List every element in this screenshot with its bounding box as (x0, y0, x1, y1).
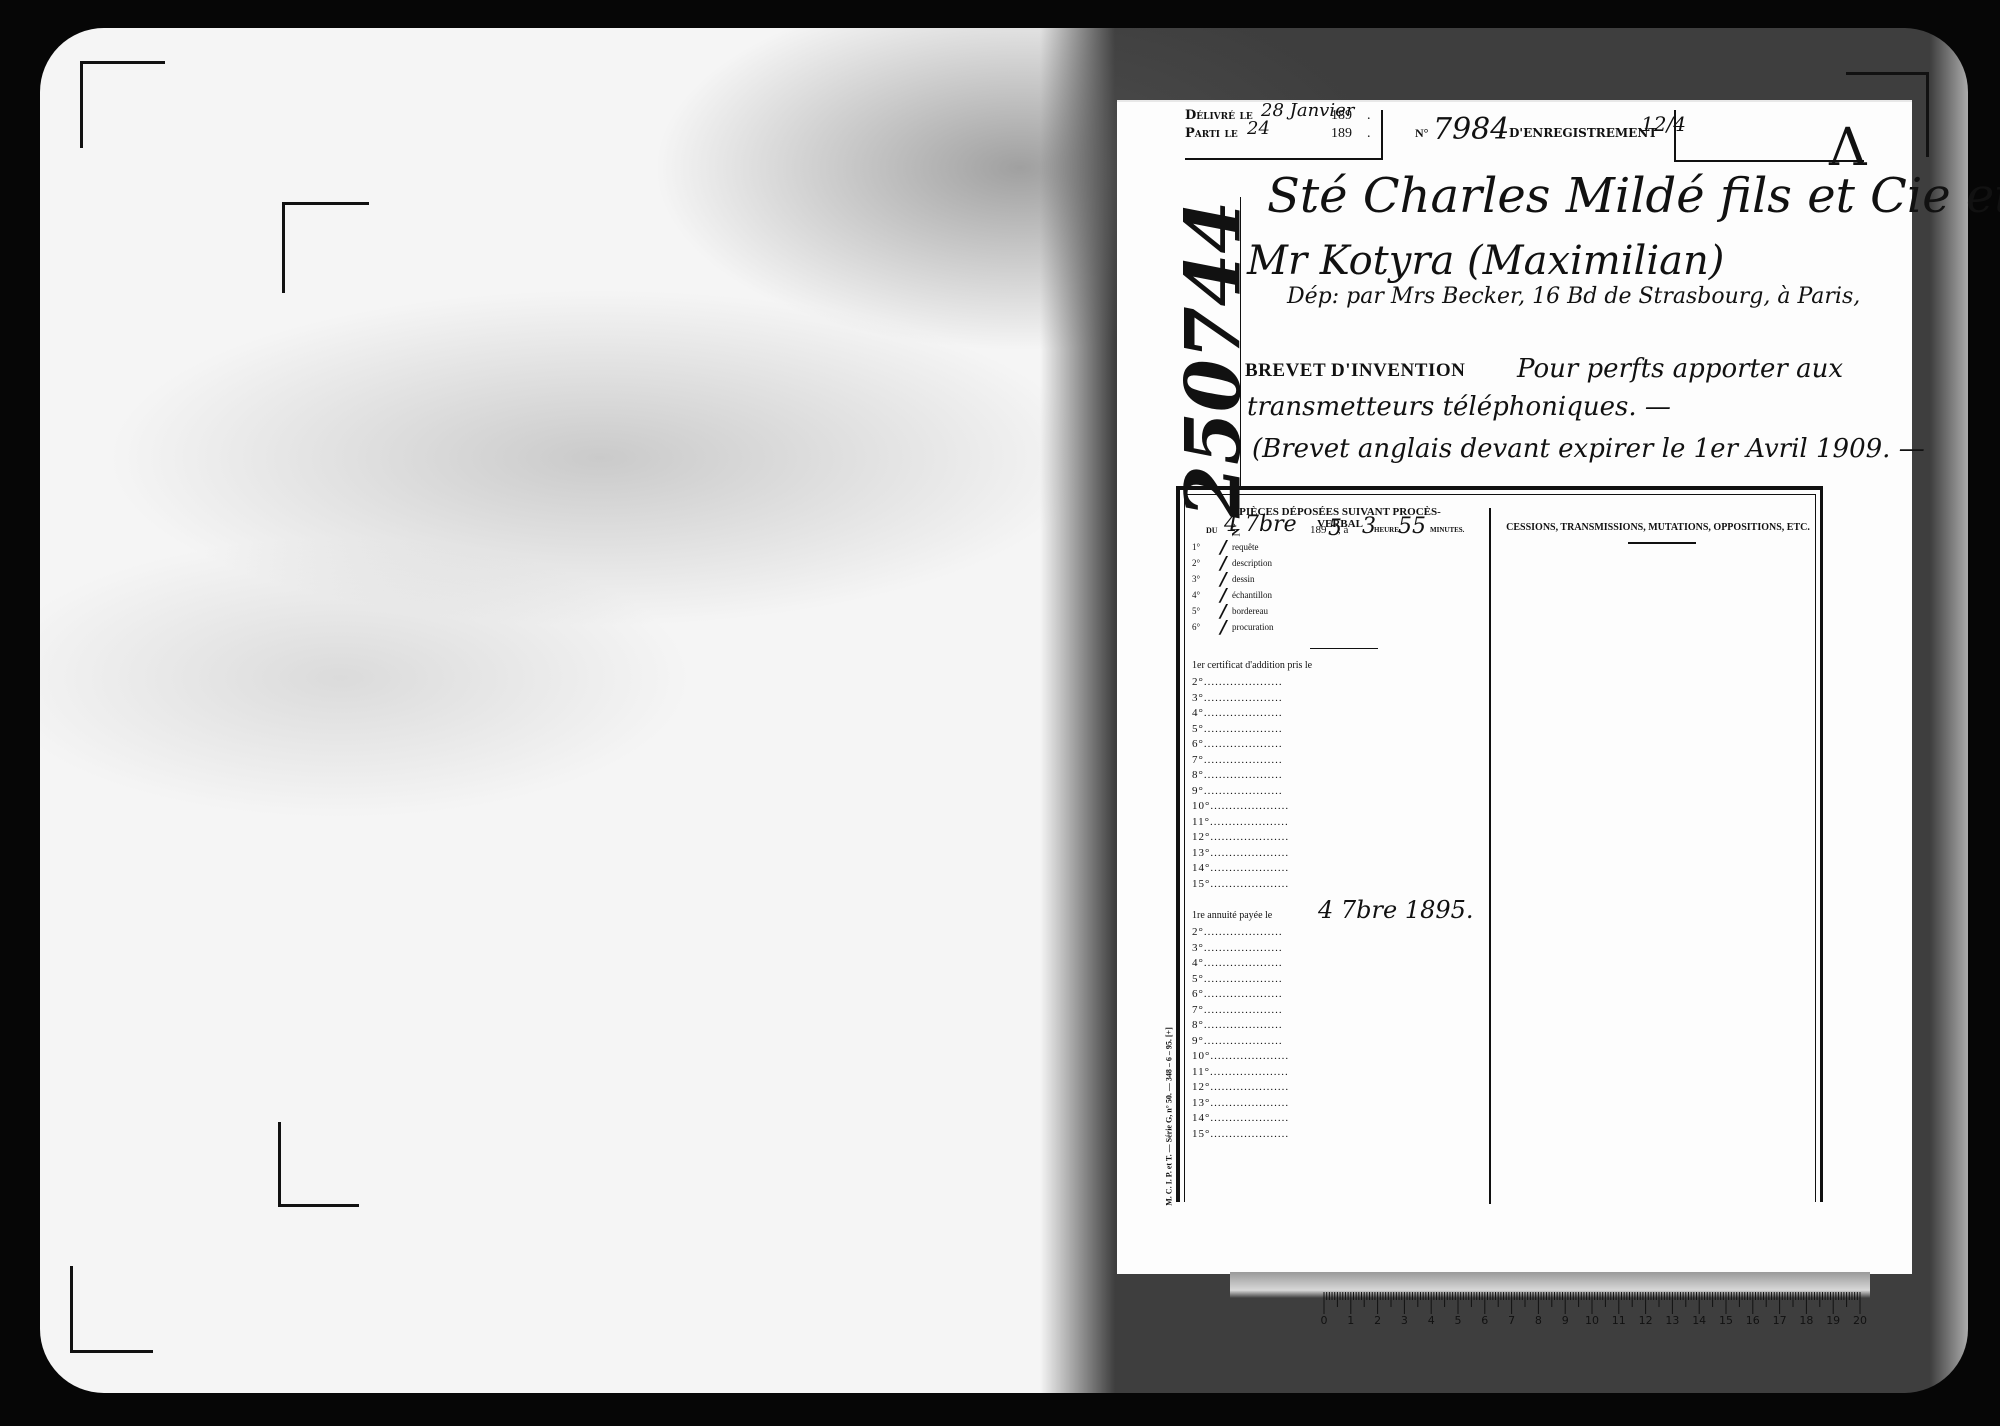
ruler-label: 0 (1316, 1314, 1332, 1327)
ruler-label: 6 (1477, 1314, 1493, 1327)
cessions-header: CESSIONS, TRANSMISSIONS, MUTATIONS, OPPO… (1498, 522, 1818, 533)
piece-number: 2° (1192, 558, 1200, 568)
ruler-label: 4 (1423, 1314, 1439, 1327)
ruler-label: 18 (1798, 1314, 1814, 1327)
cessions-separator (1628, 542, 1696, 544)
ruler-label: 7 (1504, 1314, 1520, 1327)
piece-label: description (1232, 558, 1272, 568)
certificat-row: 6°..................... (1192, 738, 1283, 750)
pieces-separator (1310, 648, 1378, 649)
title-line-1: Pour perfts apporter aux (1517, 354, 1843, 384)
certificat-row: 11°..................... (1192, 816, 1289, 828)
ruler-label: 17 (1772, 1314, 1788, 1327)
annuite-row: 5°..................... (1192, 973, 1283, 985)
corner-bracket-top-left (80, 61, 165, 148)
title-line-2: transmetteurs téléphoniques. — (1247, 392, 1671, 422)
applicant-line-1: Sté Charles Mildé fils et Cie et (1267, 168, 2000, 224)
minutes-value: 55 (1398, 514, 1426, 539)
corner-bracket-bottom-left (70, 1266, 153, 1353)
piece-label: procuration (1232, 622, 1273, 632)
annuite-row: 12°..................... (1192, 1081, 1289, 1093)
delivre-year: 189 (1331, 108, 1352, 124)
ruler-label: 19 (1825, 1314, 1841, 1327)
brevet-label: BREVET D'INVENTION (1245, 360, 1465, 382)
ruler-label: 14 (1691, 1314, 1707, 1327)
ruler-label: 1 (1343, 1314, 1359, 1327)
piece-label: dessin (1232, 574, 1255, 584)
du-label: DU (1206, 526, 1218, 535)
deposit-line: Dép: par Mrs Becker, 16 Bd de Strasbourg… (1287, 284, 1860, 309)
annuite-row: 13°..................... (1192, 1097, 1289, 1109)
certificat-first: 1er certificat d'addition pris le (1192, 660, 1312, 671)
certificat-row: 5°..................... (1192, 723, 1283, 735)
piece-number: 6° (1192, 622, 1200, 632)
ruler-label: 3 (1396, 1314, 1412, 1327)
delivre-dot: . (1367, 108, 1371, 124)
certificat-row: 10°..................... (1192, 800, 1289, 812)
piece-number: 1° (1192, 542, 1200, 552)
annuite-first: 1re annuité payée le (1192, 910, 1272, 921)
certificat-row: 13°..................... (1192, 847, 1289, 859)
certificat-row: 8°..................... (1192, 769, 1283, 781)
piece-label: bordereau (1232, 606, 1268, 616)
piece-number: 3° (1192, 574, 1200, 584)
annuite-value: 4 7bre 1895. (1318, 896, 1474, 924)
a-label: , à (1338, 524, 1348, 536)
piece-label: échantillon (1232, 590, 1272, 600)
piece-number: 4° (1192, 590, 1200, 600)
ruler-label: 8 (1530, 1314, 1546, 1327)
numero-label: N° (1415, 126, 1428, 141)
certificat-row: 14°..................... (1192, 862, 1289, 874)
piece-number: 5° (1192, 606, 1200, 616)
du-value: 4 7bre (1224, 512, 1297, 537)
ruler-label: 11 (1611, 1314, 1627, 1327)
applicant-line-2: Mr Kotyra (Maximilian) (1247, 238, 1724, 284)
printer-mark: M. C. I. P. et T. — Série G, n° 50. — 34… (1165, 997, 1174, 1237)
certificat-row: 15°..................... (1192, 878, 1289, 890)
corner-bracket-inner-bottom-left (278, 1122, 359, 1207)
ruler-label: 10 (1584, 1314, 1600, 1327)
certificat-row: 12°..................... (1192, 831, 1289, 843)
numero-value: 7984 (1433, 112, 1509, 147)
piece-check-mark: / (1220, 617, 1227, 638)
corner-bracket-inner-top-left (282, 202, 369, 293)
ruler-label: 2 (1370, 1314, 1386, 1327)
patent-document: Délivré le 28 Janvier 189 . Parti le 24 … (1117, 100, 1912, 1274)
parti-value: 24 (1247, 118, 1270, 139)
column-divider (1489, 508, 1491, 1204)
heure-label: HEURE (1374, 526, 1399, 534)
certificat-row: 3°..................... (1192, 692, 1283, 704)
ruler-label: 15 (1718, 1314, 1734, 1327)
ruler-label: 13 (1664, 1314, 1680, 1327)
parti-label: Parti le (1185, 126, 1238, 141)
annuite-row: 2°..................... (1192, 926, 1283, 938)
certificat-row: 4°..................... (1192, 707, 1283, 719)
annuite-row: 14°..................... (1192, 1112, 1289, 1124)
annuite-row: 8°..................... (1192, 1019, 1283, 1031)
annuite-row: 15°..................... (1192, 1128, 1289, 1140)
piece-label: requête (1232, 542, 1258, 552)
annuite-row: 11°..................... (1192, 1066, 1289, 1078)
ruler-label: 16 (1745, 1314, 1761, 1327)
scale-ruler: 01234567891011121314151617181920 (1322, 1292, 1862, 1328)
parti-year: 189 (1331, 126, 1352, 142)
certificat-row: 7°..................... (1192, 754, 1283, 766)
annuite-row: 7°..................... (1192, 1004, 1283, 1016)
ruler-label: 20 (1852, 1314, 1868, 1327)
minutes-label: MINUTES. (1430, 526, 1464, 534)
record-table: PIÈCES DÉPOSÉES SUIVANT PROCÈS-VERBAL DU… (1176, 486, 1823, 1202)
certificat-row: 2°..................... (1192, 676, 1283, 688)
annuite-row: 6°..................... (1192, 988, 1283, 1000)
year-prefix: 189 (1310, 524, 1327, 536)
certificat-row: 9°..................... (1192, 785, 1283, 797)
annuite-row: 4°..................... (1192, 957, 1283, 969)
ruler-label: 9 (1557, 1314, 1573, 1327)
delivre-label: Délivré le (1185, 108, 1253, 123)
ruler-label: 12 (1638, 1314, 1654, 1327)
parti-dot: . (1367, 126, 1371, 142)
annuite-row: 10°..................... (1192, 1050, 1289, 1062)
note-line: (Brevet anglais devant expirer le 1er Av… (1252, 434, 1925, 464)
annuite-row: 9°..................... (1192, 1035, 1283, 1047)
ruler-label: 5 (1450, 1314, 1466, 1327)
enregistrement-label: D'ENREGISTREMENT (1509, 126, 1657, 140)
annuite-row: 3°..................... (1192, 942, 1283, 954)
